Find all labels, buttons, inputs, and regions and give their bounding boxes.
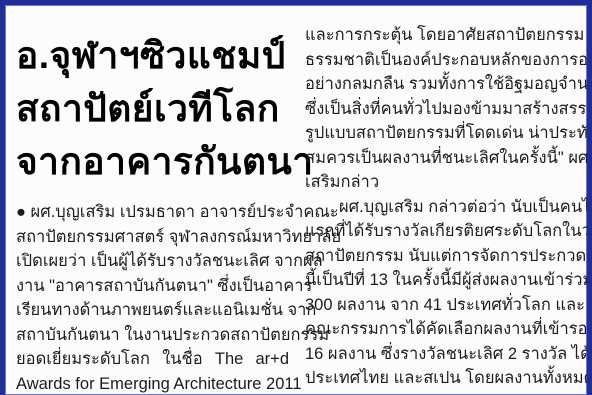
article-content: อ.จุฬาฯซิวแชมป์ สถาปัตย์เวทีโลก จากอาคาร…: [5, 5, 587, 395]
body-line: งาน "อาคารสถาบันกันตนา" ซึ่งเป็นอาคาร: [16, 274, 289, 299]
right-column: และการกระตุ้น โดยอาศัยสถาปัตยกรรม และ ธร…: [305, 15, 578, 395]
body-line: Awards for Emerging Architecture 2011: [16, 372, 289, 395]
body-line: เปิดเผยว่า เป็นผู้ได้รับรางวัลชนะเลิศ จา…: [16, 249, 289, 274]
body-line: สถาปัตยกรรม นับแต่การจัดการประกวดซึ่งปี: [305, 244, 578, 269]
body-line: สถาปัตยกรรมศาสตร์ จุฬาลงกรณ์มหาวิทยาลัย: [16, 225, 289, 250]
left-paragraph: ● ผศ.บุญเสริม เปรมธาดา อาจารย์ประจำคณะ ส…: [16, 200, 289, 395]
newspaper-clipping: อ.จุฬาฯซิวแชมป์ สถาปัตย์เวทีโลก จากอาคาร…: [0, 0, 592, 395]
body-line: รูปแบบสถาปัตยกรรมที่โดดเด่น น่าประทับใจ: [305, 121, 578, 146]
body-line: และการกระตุ้น โดยอาศัยสถาปัตยกรรม และ: [305, 23, 578, 48]
body-line: เรียนทางด้านภาพยนตร์และแอนิเมชั่น จาก: [16, 298, 289, 323]
body-line: 16 ผลงาน ซึ่งรางวัลชนะเลิศ 2 รางวัล ได้แ…: [305, 342, 578, 367]
body-line: ธรรมชาติเป็นองค์ประกอบหลักของการออกแบบ: [305, 48, 578, 73]
body-line: อย่างกลมกลืน รวมทั้งการใช้อิฐมอญจำนวนมาก: [305, 72, 578, 97]
body-line: นี้เป็นปีที่ 13 ในครั้งนี้มีผู้ส่งผลงานเ…: [305, 268, 578, 293]
body-line: ประเทศไทย และสเปน โดยผลงานทั้งหมดจะ: [305, 366, 578, 391]
body-line: ยอดเยี่ยมระดับโลก ในชื่อ The ar+d: [16, 347, 289, 372]
headline-line-3: จากอาคารกันตนา: [16, 135, 289, 188]
headline-line-2: สถาปัตย์เวทีโลก: [16, 82, 289, 135]
body-line: เสริมกล่าว: [305, 170, 578, 195]
headline: อ.จุฬาฯซิวแชมป์ สถาปัตย์เวทีโลก จากอาคาร…: [16, 29, 289, 188]
left-column: อ.จุฬาฯซิวแชมป์ สถาปัตย์เวทีโลก จากอาคาร…: [16, 15, 289, 395]
body-line: คณะกรรมการได้คัดเลือกผลงานที่เข้ารอบไว้: [305, 317, 578, 342]
body-line: สมควรเป็นผลงานที่ชนะเลิศในครั้งนี้" ผศ.บ…: [305, 146, 578, 171]
body-line: 300 ผลงาน จาก 41 ประเทศทั่วโลก และ: [305, 293, 578, 318]
body-line: ซึ่งเป็นสิ่งที่คนทั่วไปมองข้ามมาสร้างสรร…: [305, 97, 578, 122]
body-line: ผศ.บุญเสริม กล่าวต่อว่า นับเป็นคนไทยคน: [305, 195, 578, 220]
headline-line-1: อ.จุฬาฯซิวแชมป์: [16, 29, 289, 82]
body-line: แรกที่ได้รับรางวัลเกียรติยศระดับโลกในวงก…: [305, 219, 578, 244]
body-line: สถาบันกันตนา ในงานประกวดสถาปัตยกรรม: [16, 323, 289, 348]
body-line: ● ผศ.บุญเสริม เปรมธาดา อาจารย์ประจำคณะ: [16, 200, 289, 225]
